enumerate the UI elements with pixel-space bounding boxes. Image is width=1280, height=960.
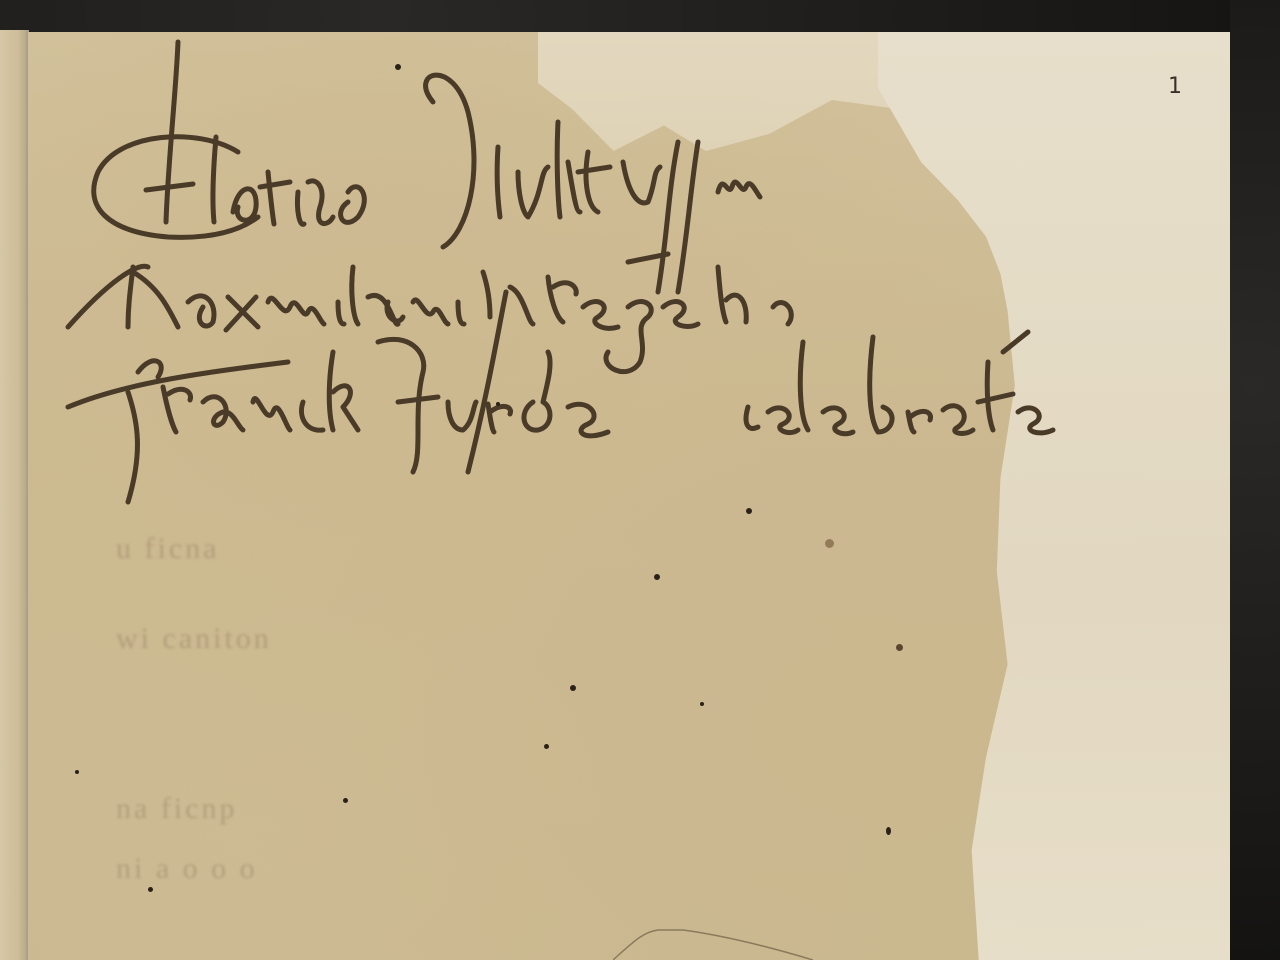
adjacent-page-edge	[0, 30, 29, 960]
stain	[825, 539, 834, 548]
ink-speck	[148, 887, 153, 892]
ink-speck	[75, 770, 79, 774]
ink-speck	[886, 827, 891, 835]
ink-speck	[395, 64, 401, 70]
ink-speck	[343, 798, 348, 803]
manuscript-page: u ficna wi caniton na ficnp ni a o o o	[28, 32, 1230, 960]
dark-mat-top	[0, 0, 1280, 34]
ink-speck	[570, 685, 576, 691]
ink-speck	[654, 574, 660, 580]
ink-speck	[896, 644, 903, 651]
dark-mat-right	[1230, 0, 1280, 960]
ink-speck	[496, 402, 500, 406]
ink-speck	[544, 744, 549, 749]
ink-speck	[700, 702, 704, 706]
ink-speck	[746, 508, 752, 514]
folio-number: 1	[1168, 74, 1182, 99]
paper-crease	[613, 912, 813, 960]
